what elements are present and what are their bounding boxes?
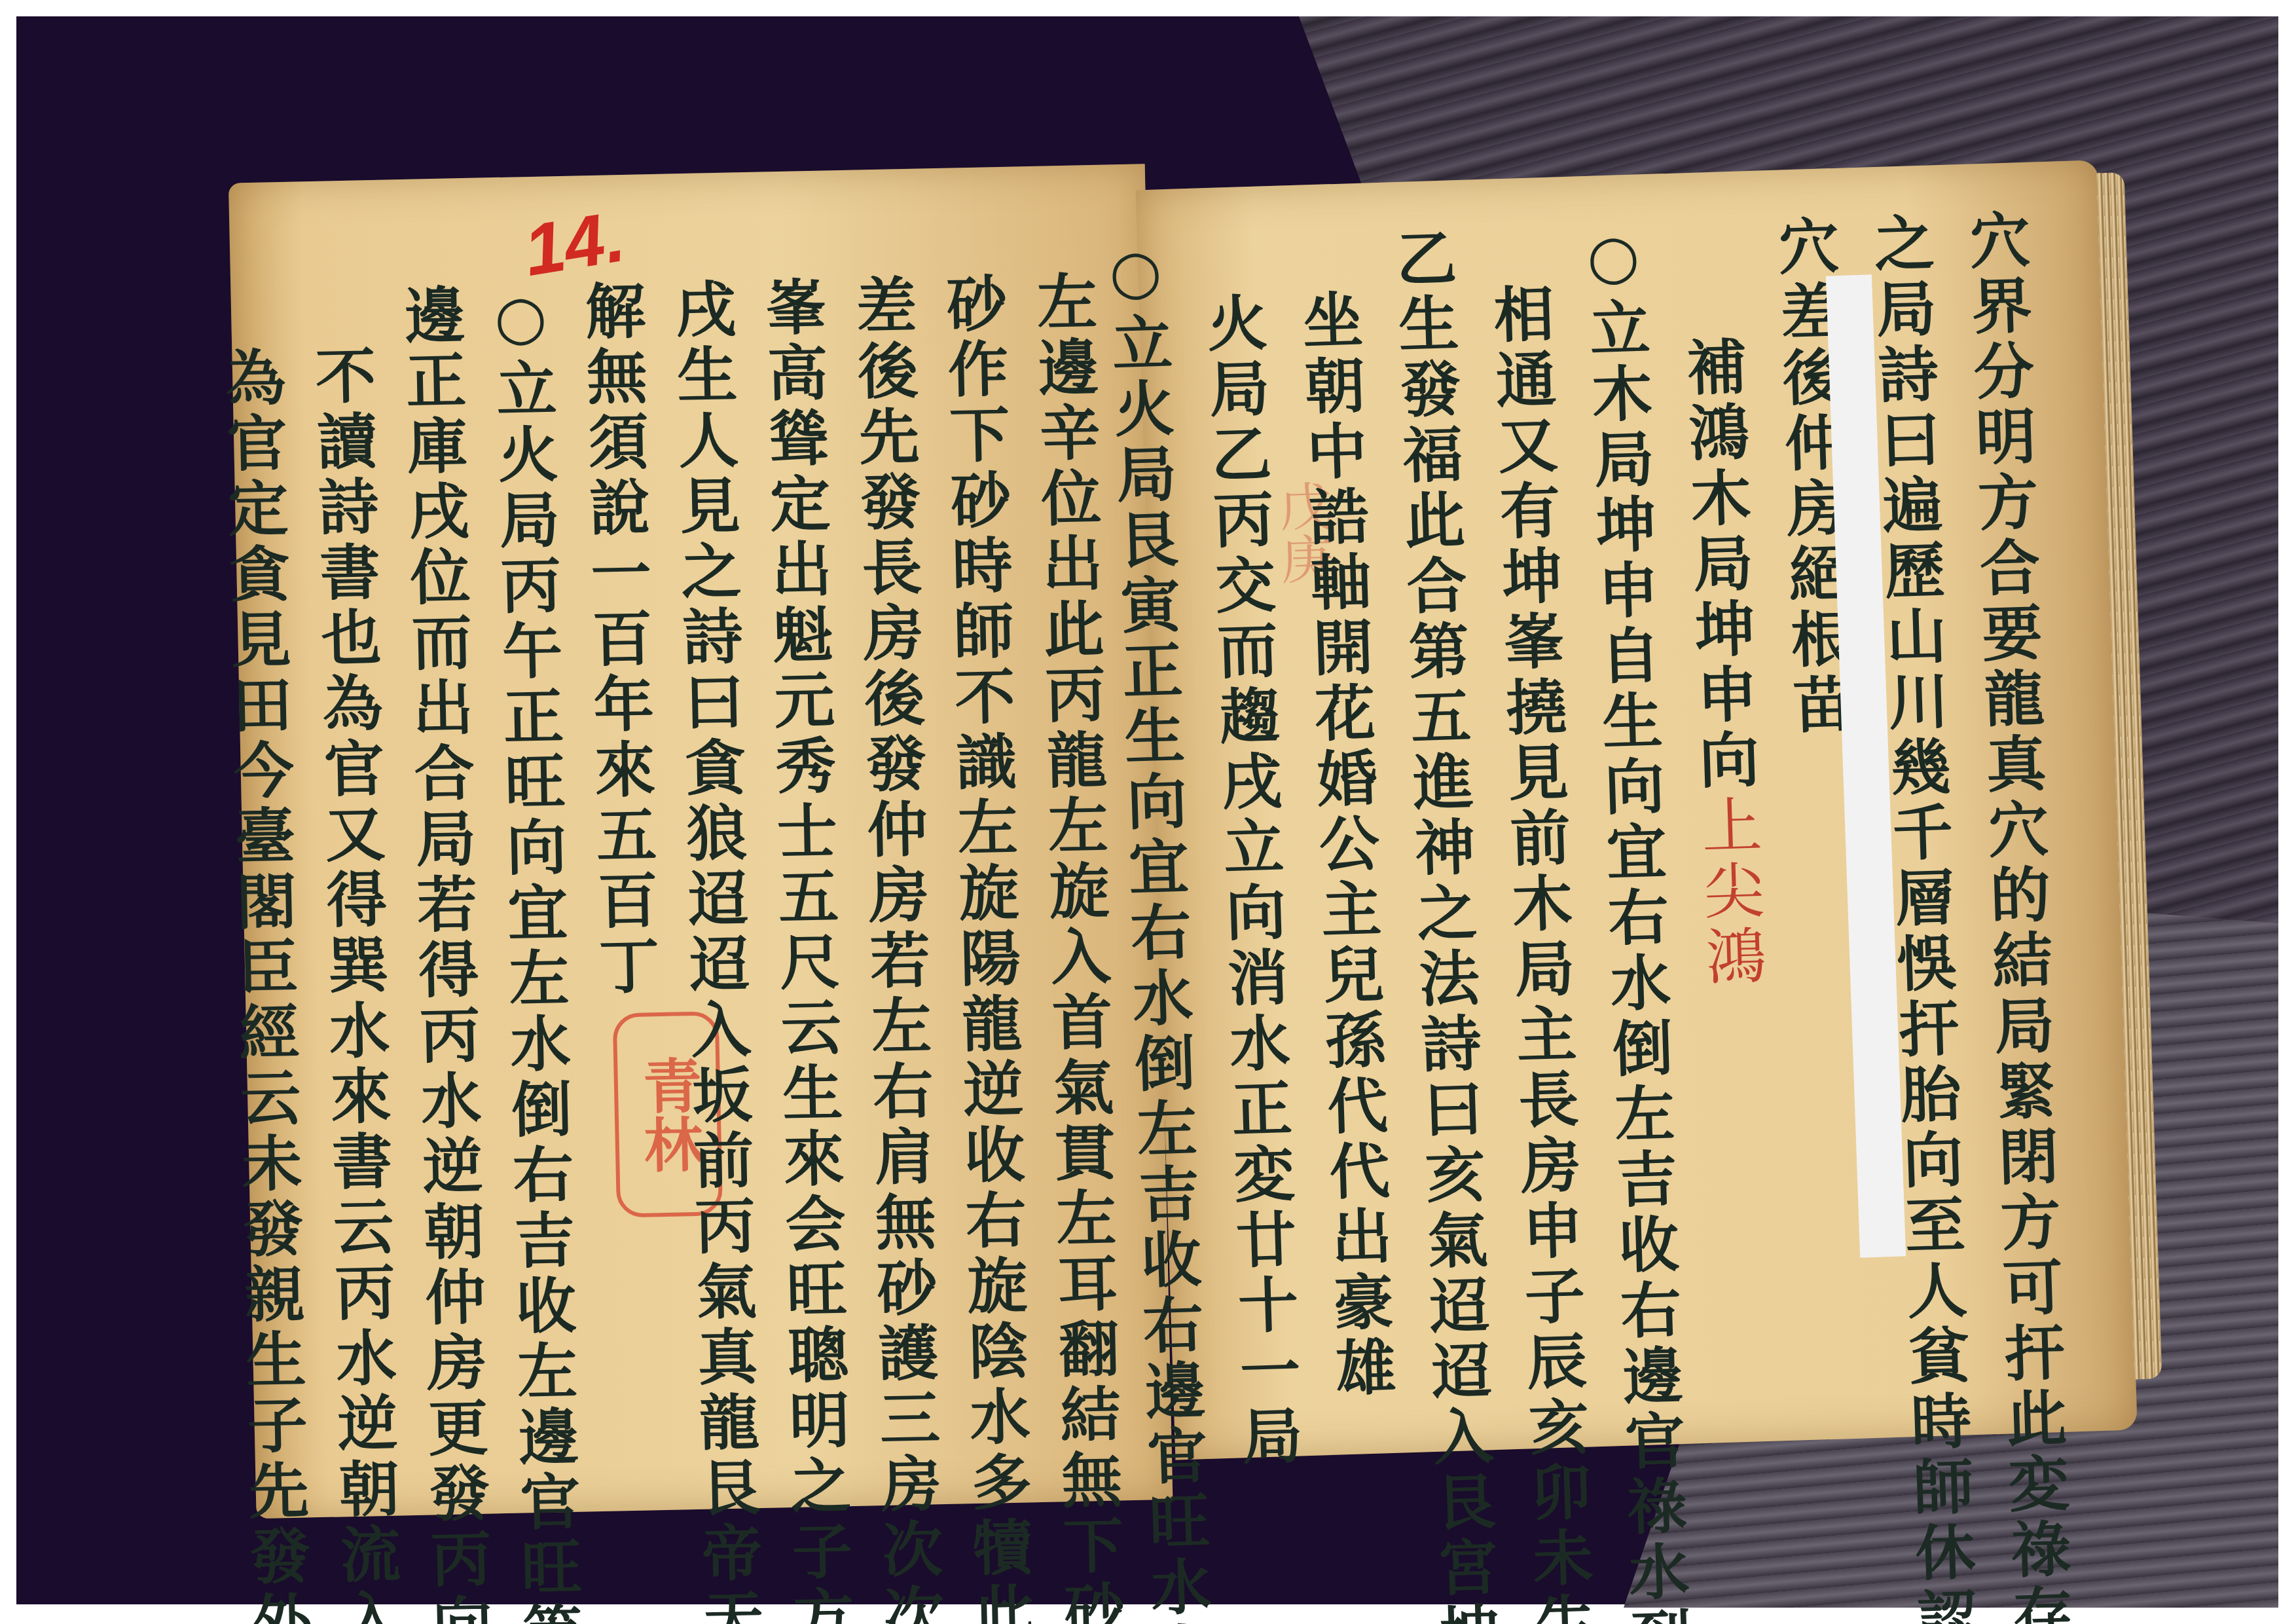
text-column: 坐朝中誥軸開花婚公主兒孫代代出豪雄 bbox=[1286, 229, 1402, 1416]
right-page-columns: 穴界分明方合要龍真穴的結局緊閉方可扞此変祿存消水 之局詩曰遍歷山川幾千層悞扞胎向… bbox=[1183, 208, 2071, 1419]
text-column: 不讀詩書也為官又得巽水來書云丙水逆朝流入巽兒孫代代 bbox=[299, 226, 403, 1478]
text-column: 火局乙丙交而趨戌立向消水正変廿十一局 bbox=[1191, 232, 1307, 1419]
text-column: 邊正庫戌位而出合局若得丙水逆朝仲房更發丙向丙峯高 bbox=[389, 224, 494, 1476]
text-column: ○立木局坤申自生向宜右水倒左吉收右邊官祿水到堂玄家 bbox=[1573, 220, 1688, 1407]
text-column-annotation: 補鴻木局坤申向上尖鴻 bbox=[1668, 217, 1784, 1404]
text-column: 相通又有坤峯撓見前木局主長房申子辰亥卯未生人見之並 bbox=[1477, 223, 1593, 1410]
left-page-columns: 左邊辛位出此丙龍左旋入首氣貫左耳翻結無下砂上 砂作下砂時師不識左旋陽龍逆收右旋陰… bbox=[268, 211, 1126, 1479]
text-column: 差後先發長房後發仲房若左右肩無砂護三房次次甚得艮 bbox=[841, 214, 945, 1466]
right-page: 戊庚 穴界分明方合要龍真穴的結局緊閉方可扞此変祿存消水 之局詩曰遍歷山川幾千層悞… bbox=[1136, 160, 2138, 1460]
text-column: 戌生人見之詩曰貪狼迢迢入坂前丙氣真龍艮帝天占魁奪 bbox=[660, 218, 765, 1470]
text-column: 穴界分明方合要龍真穴的結局緊閉方可扞此変祿存消水 bbox=[1955, 208, 2071, 1395]
text-column: 解無須說一百年來五百丁 bbox=[570, 220, 674, 1472]
text-column: 砂作下砂時師不識左旋陽龍逆收右旋陰水多犢此地殊不知 bbox=[931, 213, 1036, 1465]
text-column: 乙生發福此合第五進神之法詩曰亥氣迢迢入艮宮坤母高聳 bbox=[1382, 226, 1498, 1413]
left-page: 14. 青林 左邊辛位出此丙龍左旋入首氣貫左耳翻結無下砂上 砂作下砂時師不識左旋… bbox=[228, 164, 1173, 1519]
text-column: 峯高聳定出魁元秀士五尺云生來会旺聰明之子方生寅午 bbox=[750, 216, 855, 1468]
annotation-text: 補鴻木局坤申向 bbox=[1676, 335, 1761, 795]
red-annotation: 上尖鴻 bbox=[1691, 793, 1767, 991]
text-column: ○立火局丙午正旺向宜左水倒右吉收左邊官旺等水上堂從右 bbox=[479, 222, 584, 1474]
